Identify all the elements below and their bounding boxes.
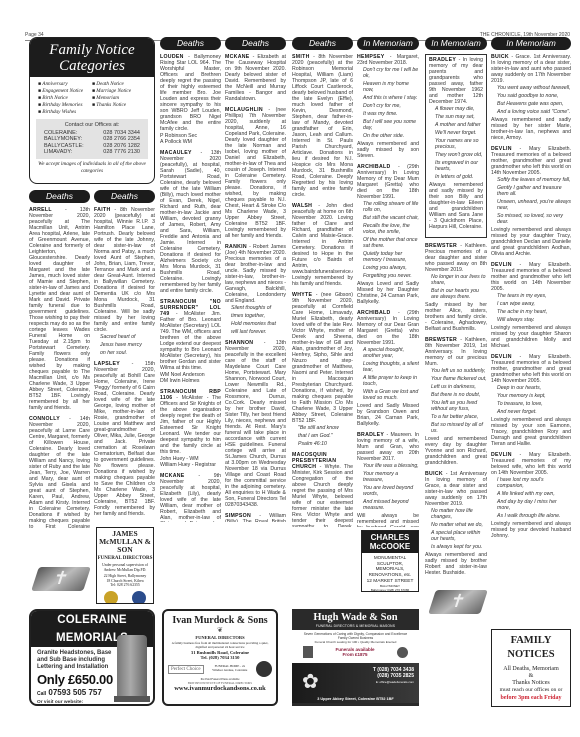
verse-line: With a Gran we lost and loved so much.	[357, 389, 419, 401]
notice: LAPSLEY - 15th November 2020, peacefully…	[94, 361, 155, 517]
mccooke-ad: CHARLES McCOOKE MONUMENTAL SCULPTOR, MEM…	[361, 530, 419, 592]
notice: RANKIN - Robert James (Joe) 4th November…	[225, 244, 286, 335]
verse-line: A flower may die,	[429, 106, 483, 112]
category-item: Engagement Notice	[38, 88, 92, 95]
section-header-memoriam: In Memoriam	[491, 37, 571, 50]
notice: BREWSTER - Kathleen. Precious memories o…	[425, 243, 487, 332]
family-notices-deadline-box: FAMILY NOTICES All Deaths, Memoriam & Th…	[491, 629, 571, 707]
verse-line: Your memory a treasure,	[357, 471, 419, 483]
verse-line: "Be still and know	[292, 425, 353, 431]
verse-line: But I will see you some day,	[357, 119, 419, 131]
headstone-image	[117, 635, 147, 699]
office-row: LIMAVADY:028 7776 2130	[44, 149, 140, 156]
perfect-choice-badge: Perfect Choice	[168, 665, 204, 674]
verse-line: Softly the leaves of memory fall,	[491, 177, 571, 183]
notice-text: - 9th November 2020, peacefully at hospi…	[160, 473, 221, 522]
verse-line: You left as you lived without any fuss,	[425, 400, 487, 412]
verse-line: Your memory is kept,	[491, 393, 571, 399]
notice-text: - Ballymoney Rising Star LOL 964. The Wo…	[160, 54, 221, 132]
categories-title: Family Notice Categories	[30, 38, 154, 77]
verse-line: Hold memories that	[225, 321, 286, 327]
notice-text: - 14th November 2020, peacefully at Larn…	[29, 416, 90, 528]
notice: ARCHIBALD - (29th Anniversary) In Loving…	[357, 310, 419, 427]
verse-line: You are loved beyond words,	[357, 485, 419, 497]
verse-line: But in our hearts you are always there.	[425, 288, 487, 300]
verse-line: And day by day I miss her more,	[491, 499, 571, 511]
ivan-murdock-ad: Ivan Murdock & Sons ❦ FUNERAL DIRECTORS …	[162, 609, 278, 706]
verse-line: As I walk through life alone.	[491, 513, 571, 519]
notice: BUICK - Grace. 1st Anniversary. In lovin…	[491, 54, 571, 141]
category-item: Memoriam	[92, 95, 146, 102]
verse-line: Recalls the love, the voice, the smile,	[357, 223, 419, 235]
verse-line: Loving you always,	[357, 265, 419, 271]
verse-line: times together,	[225, 313, 286, 319]
notice: BUICK - 1st Anniversary In loving memory…	[425, 471, 487, 576]
crest-icon	[104, 591, 118, 605]
category-list: Anniversary Death Notice Engagement Noti…	[30, 77, 154, 116]
verse-line: And a loving voice said "Come".	[491, 109, 571, 115]
notice-text: - Robert James (Joe) 4th November 2020. …	[225, 244, 286, 304]
column-3: DeathsLOUDEN - Ballymoney Rising Star LO…	[160, 37, 221, 522]
verse-line: And this is where I stay.	[357, 95, 419, 101]
column-4: DeathsMCKANE - Elizabeth at The Causeway…	[225, 37, 286, 522]
column-1: DeathsARRELL - 13th November 2020, peace…	[29, 190, 90, 528]
mcmullan-ad: JAMES McMULLAN & SON FUNERAL DIRECTORS U…	[96, 527, 154, 604]
verse-line: A special thought, another year,	[357, 347, 419, 359]
notice-text: - 8th November 2020 (peacefully) at hosp…	[94, 207, 155, 333]
notice-text: - (nee Phillips) 7th November 2020, sudd…	[225, 107, 286, 239]
category-item: Birth Notice	[38, 95, 92, 102]
verse-line: And never forget.	[491, 409, 571, 415]
verse-line: You left us so suddenly,	[425, 368, 487, 374]
verse-line: Forgetting you never.	[357, 273, 419, 279]
notice-text: - (29th Anniversary) In Loving Memory of…	[357, 310, 419, 346]
offices-panel: Contact our Offices at: COLERAINE:028 70…	[36, 119, 148, 159]
verse-line: No matter what we do,	[425, 522, 487, 528]
notice-text: - 15th November 2020, peacefully at Bohi…	[94, 361, 155, 517]
column-7: In MemoriamBRADLEY - In loving memory of…	[425, 37, 487, 587]
notice: MACOSQUIN PRESBYTERIAN CHURCH - Whyte. T…	[292, 452, 353, 527]
notice: FAITH - 8th November 2020 (peacefully) a…	[94, 207, 155, 356]
notice-closing: Lovingly remembered and always missed by…	[491, 227, 571, 257]
emblem-icon	[397, 647, 408, 658]
verse-line: Unseen, unheard, you're always near,	[491, 199, 571, 211]
notice-text: - 13th November 2020 (peacefully), at ho…	[160, 150, 221, 294]
notice-closing: Always remembered and sadly missed by he…	[491, 117, 571, 141]
notice-text: - 13th November 2020, peacefully in the …	[225, 340, 286, 508]
column-2: DeathsFAITH - 8th November 2020 (peacefu…	[94, 190, 155, 525]
notice: DEVLIN - Mary Elizabeth. Treasured memor…	[491, 354, 571, 447]
verse-line: Psalm 46:10	[292, 441, 353, 447]
verse-line: No longer in our lives to share,	[425, 274, 487, 286]
column-8: In MemoriamBUICK - Grace. 1st Anniversar…	[491, 37, 571, 627]
verse-line: You went away without farewell,	[491, 85, 571, 91]
notice: MACAULEY - 13th November 2020 (peacefull…	[160, 150, 221, 294]
verse-line: In letters of gold.	[429, 174, 483, 180]
notice-text: - (29th Anniversary) In Loving Memory of…	[357, 164, 419, 200]
verse-line: But still the vacant chair,	[357, 215, 419, 221]
notice-closing: Always remembered and sadly missed by br…	[425, 552, 487, 576]
notice: ARCHIBALD - (29th Anniversary) In Loving…	[357, 164, 419, 305]
verse-line: Loving thoughts, a silent tear,	[357, 361, 419, 373]
section-header-deaths: Deaths	[94, 190, 155, 203]
verse-line: A special place within our hearts,	[425, 530, 487, 542]
notice: CONNOLLY - 14th November 2020, peacefull…	[29, 416, 90, 528]
verse-line: Quietly today her memory I treasure,	[357, 251, 419, 263]
verse-line: So missed, so loved, so very dear.	[491, 213, 571, 225]
notice: DEVLIN - Mary Elizabeth. Treasured memor…	[491, 262, 571, 349]
verse-line: Don't cry for me,	[357, 103, 419, 109]
notice: WHYTE - (nee Gibson) 9th November 2020, …	[292, 292, 353, 447]
category-item: Birthday Wishes	[38, 109, 92, 116]
notice: LOUDEN - Ballymoney Rising Star LOL 964.…	[160, 54, 221, 145]
signature-line: A Pollock WM	[160, 139, 221, 145]
website-link[interactable]: www.colerainememorials.co.uk	[31, 705, 153, 706]
verse-line: The ache in my heart,	[491, 309, 571, 315]
lion-crest-icon	[256, 661, 272, 677]
category-item: Death Notice	[92, 81, 146, 88]
category-item: Anniversary	[38, 81, 92, 88]
notice-closing: Loved and Sadly Missed by Grandson Owen …	[357, 403, 419, 427]
verse-line: that I am God."	[292, 433, 353, 439]
notice: DEVLIN - Mary Elizabeth. Treasured memor…	[491, 146, 571, 257]
verse-line: Don't cry for me I will be ok,	[357, 67, 419, 79]
verse-line: It was my time.	[357, 111, 419, 117]
notice-closing: Loved and remembered every day by daught…	[425, 436, 487, 466]
verse-line: Silent thoughts of	[225, 305, 286, 311]
section-header-deaths: Deaths	[225, 37, 286, 50]
notice-closing: Lovingly remembered and always missed by…	[491, 521, 571, 539]
verse-line: Left us in darkness,	[425, 384, 487, 390]
verse-line: On the other side.	[357, 133, 419, 139]
notice: MCKANE - 9th November 2020, peacefully a…	[160, 473, 221, 522]
notice: ARRELL - 13th November 2020, peacefully …	[29, 207, 90, 411]
column-5: DeathsSMITH - 8th November 2020 (peacefu…	[292, 37, 353, 527]
notice: SIMPSON - William (Billy), The Royal Bri…	[225, 513, 286, 522]
notice: HEMPSEY - Margaret, 23rd November 2018.D…	[357, 54, 419, 159]
section-header-deaths: Deaths	[160, 37, 221, 50]
hugh-wade-ad: Hugh Wade & Son FUNERAL DIRECTORS & MEMO…	[292, 609, 419, 706]
verse-line: The tears in my eyes,	[491, 293, 571, 299]
notice-closing: Lovingly remembered and always missed by…	[491, 325, 571, 349]
verse-line: A little prayer to keep in touch,	[357, 375, 419, 387]
notice: STRANOCUM RBP 1106 - McAlister - The Off…	[160, 389, 221, 468]
verse-line: Heaven is my home now,	[357, 81, 419, 93]
notice-closing: Will always be remembered and missed by …	[357, 513, 419, 527]
verse-line: No matter how life changes,	[425, 508, 487, 520]
verse-line: Your names are so precious,	[429, 138, 483, 150]
verse-line: A life linked with my own,	[491, 491, 571, 497]
notice: DEVLIN - Mary Elizabeth. Treasured memor…	[491, 452, 571, 539]
notice: WALSH - John died peacefully at home on …	[292, 203, 353, 287]
verse-line: Jesus have mercy	[94, 342, 155, 348]
section-header-memoriam: In Memoriam	[357, 37, 419, 50]
notice-closing: Always remembered and sadly missed by so…	[357, 141, 419, 159]
verse-line: A mother and father	[429, 122, 483, 128]
notice-text: - 1st Anniversary In loving memory of Gr…	[425, 471, 487, 507]
notice: BREWSTER - Kathleen, 8th November 2019, …	[425, 337, 487, 466]
notice-closing: Always remembered and sadly missed by th…	[429, 182, 483, 230]
verse-line: We'll never forget.	[429, 130, 483, 136]
verse-line: You said goodbye to none,	[491, 93, 571, 99]
ornament-icon: ❦	[164, 627, 276, 634]
verse-line: Your life was a blessing,	[357, 463, 419, 469]
notice-closing: Always Loved and Sadly Missed by her Dau…	[357, 281, 419, 305]
verse-line: Of the mother that once sat there.	[357, 237, 419, 249]
notice: SHANNON - 13th November 2020, peacefully…	[225, 340, 286, 508]
verse-line: They won't grow old,	[429, 152, 483, 158]
selected-badge-icon	[132, 591, 146, 605]
notice-text: - Elizabeth at The Causeway Hospital on …	[225, 54, 286, 102]
categories-box: Family Notice Categories Anniversary Dea…	[29, 37, 155, 184]
notice-text: - (nee Gibson) 9th November 2020, peacef…	[292, 292, 353, 424]
notice-text: - In loving memory of my dear parents an…	[429, 57, 483, 105]
category-item: Birthday Memories	[38, 102, 92, 109]
verse-line: To a far better place,	[425, 414, 487, 420]
notice-text: - 8th November 2020 (peacefully) at the …	[292, 54, 353, 198]
notice-closing: Lovingly remembered and always missed by…	[491, 417, 571, 447]
notice-text: - 13th November 2020, peacefully at The …	[29, 207, 90, 411]
verse-line: The sun may set,	[429, 114, 483, 120]
verse-line: Deep in our hearts,	[491, 385, 571, 391]
notice-text: - McAlister Jim. Father of Bro. Leonard …	[160, 311, 221, 371]
accept-note: We accept images of individuals in all o…	[30, 159, 154, 175]
notice-text: - Whyte. The Minister, Kirk Session and …	[292, 464, 353, 527]
verse-line: Your flame flickered out,	[425, 376, 487, 382]
section-header-deaths: Deaths	[292, 37, 353, 50]
website-link[interactable]: www.ivanmurdockandsons.co.uk	[164, 685, 276, 693]
shield-icon	[303, 646, 313, 658]
verse-line: Will always stay.	[491, 317, 571, 323]
verse-line: I have lost my soul's companion,	[491, 477, 571, 489]
notice: BRADLEY - Maureen. In loving memory of a…	[357, 432, 419, 527]
verse-line: To treasure, to love,	[491, 401, 571, 407]
verse-line: Sacred heart of	[94, 334, 155, 340]
lily-flower-icon: ✿	[302, 669, 319, 694]
verse-line: will last forever.	[225, 329, 286, 335]
verse-line: But Heavens gate was open,	[491, 101, 571, 107]
notice: MCLAUGHLIN - (nee Phillips) 7th November…	[225, 107, 286, 239]
notice-text: - McAlister - The Officers and Sir Knigh…	[160, 395, 221, 455]
category-item: Thanks Notice	[92, 102, 146, 109]
section-header-memoriam: In Memoriam	[425, 37, 487, 50]
section-header-deaths: Deaths	[29, 190, 90, 203]
verse-line: The rolling stream of life rolls on,	[357, 201, 419, 213]
phone-number: 07593 505 757	[48, 688, 101, 697]
coleraine-memorials-ad: COLERAINE MEMORIALS Granite Headstones, …	[29, 609, 155, 706]
verse-line: Its engraved in our hearts,	[429, 160, 483, 172]
bible-icon	[428, 590, 488, 614]
notice: SMITH - 8th November 2020 (peacefully) a…	[292, 54, 353, 198]
verse-line: But so missed by all of us.	[425, 422, 487, 434]
verse-line: And missed beyond measure.	[357, 499, 419, 511]
category-item: Marriage Notice	[92, 88, 146, 95]
bible-icon	[31, 567, 91, 591]
signature-line: DM Irwin Holmes	[160, 378, 221, 384]
verse-line: Gently I gather and treasure them all.	[491, 185, 571, 197]
notice: STRANOCUM "NO SURRENDER" LOL 749 - McAli…	[160, 299, 221, 384]
verse-line: I can wipe away,	[491, 301, 571, 307]
notice-closing: Sadly missed by her mother Alice, sister…	[425, 302, 487, 332]
verse-line: on her soul.	[94, 350, 155, 356]
notice: MCKANE - Elizabeth at The Causeway Hospi…	[225, 54, 286, 102]
column-6: In MemoriamHEMPSEY - Margaret, 23rd Nove…	[357, 37, 419, 527]
verse-line: Is always kept for you.	[425, 544, 487, 550]
verse-line: But there is no doubt,	[425, 392, 487, 398]
signature-line: William Huey - Registrar	[160, 462, 221, 468]
notice-text: - John died peacefully at home on 6th No…	[292, 203, 353, 287]
notice: BRADLEY - In loving memory of my dear pa…	[425, 54, 487, 238]
